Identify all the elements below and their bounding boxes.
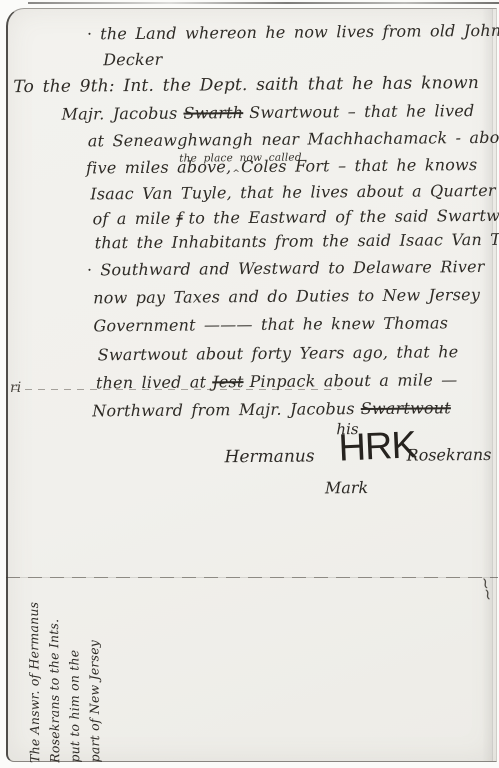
- docket-line: Rosekrans to the Ints.: [44, 583, 66, 763]
- manuscript-scan: ·the Land whereon he now lives from old …: [0, 0, 499, 768]
- manuscript-line: at Seneawghwangh near Machhachamack - ab…: [88, 128, 499, 151]
- fold-crease-lower: [6, 577, 498, 578]
- edge-pen-squiggle: ~~: [481, 576, 491, 593]
- handwriting-layer: ·the Land whereon he now lives from old …: [5, 7, 499, 763]
- signature-last-name: Rosekrans: [407, 445, 492, 465]
- manuscript-line: Swartwout about forty Years ago, that he: [98, 342, 459, 364]
- manuscript-line: five miles above,the place now called^Co…: [86, 155, 477, 181]
- manuscript-line: of a milefto the Eastward of the said Sw…: [92, 206, 499, 229]
- line-text: Isaac Van Tuyle, that he lives about a Q…: [90, 181, 496, 204]
- line-text: Majr. Jacobus: [62, 104, 178, 124]
- signature-mark-label: Mark: [325, 478, 368, 497]
- manuscript-line: ·the Land whereon he now lives from old …: [87, 21, 499, 44]
- manuscript-line: ·Southward and Westward to Delaware Rive…: [87, 257, 485, 280]
- manuscript-page: ·the Land whereon he now lives from old …: [6, 8, 497, 762]
- manuscript-line: that the Inhabitants from the said Isaac…: [95, 230, 499, 253]
- struck-word: f: [176, 209, 182, 228]
- margin-pen-mark: ri: [10, 381, 21, 395]
- line-text: to the Eastward of the said Swartwout: [189, 206, 499, 228]
- line-text: To the 9th: Int. the Dept. saith that he…: [13, 73, 479, 97]
- interline-insertion: the place now called: [179, 152, 302, 164]
- line-text: Swartwout – that he lived: [249, 101, 474, 122]
- signature-first-name: Hermanus: [225, 446, 315, 467]
- manuscript-line: Isaac Van Tuyle, that he lives about a Q…: [90, 181, 496, 204]
- insertion-anchor: the place now called^: [231, 157, 241, 176]
- signature-mark-monogram: HRK: [338, 426, 417, 467]
- bullet-dot: ·: [87, 260, 92, 279]
- manuscript-line: Government ——— that he knew Thomas: [93, 313, 448, 335]
- docket-annotation: The Answr. of Hermanus Rosekrans to the …: [24, 582, 106, 763]
- line-text: Southward and Westward to Delaware River: [100, 257, 484, 279]
- manuscript-line: Majr. JacobusSwarthSwartwout – that he l…: [62, 101, 475, 124]
- line-text: the Land whereon he now lives from old J…: [100, 21, 499, 43]
- flourish-crossed-word: Swartwout: [361, 398, 451, 418]
- insertion-caret: ^: [232, 169, 240, 179]
- line-text: Swartwout about forty Years ago, that he: [98, 342, 459, 364]
- struck-word: Swarth: [183, 103, 243, 123]
- fold-crease-upper: [12, 389, 342, 390]
- line-text: now pay Taxes and do Duties to New Jerse…: [93, 285, 480, 307]
- docket-line: put to him on the: [64, 582, 86, 762]
- docket-line: part of New Jersey: [84, 582, 106, 762]
- manuscript-line: To the 9th: Int. the Dept. saith that he…: [13, 73, 479, 97]
- signature-block: his Hermanus HRK Rosekrans Mark: [5, 7, 493, 11]
- manuscript-line: Northward from Majr. JacobusSwartwout: [92, 398, 451, 420]
- line-text: Pinpack about a mile —: [249, 370, 457, 391]
- line-text: Decker: [103, 50, 162, 70]
- manuscript-line: now pay Taxes and do Duties to New Jerse…: [93, 285, 480, 308]
- docket-line: The Answr. of Hermanus: [24, 583, 46, 763]
- line-text: of a mile: [92, 209, 170, 229]
- line-text: that the Inhabitants from the said Isaac…: [95, 230, 499, 253]
- scan-edge-top: [28, 2, 499, 4]
- manuscript-line: Decker: [103, 50, 162, 70]
- line-text: Northward from Majr. Jacobus: [92, 399, 355, 420]
- bullet-dot: ·: [87, 24, 92, 43]
- line-text: at Seneawghwangh near Machhachamack - ab…: [88, 128, 499, 151]
- line-text: Government ——— that he knew Thomas: [93, 313, 448, 335]
